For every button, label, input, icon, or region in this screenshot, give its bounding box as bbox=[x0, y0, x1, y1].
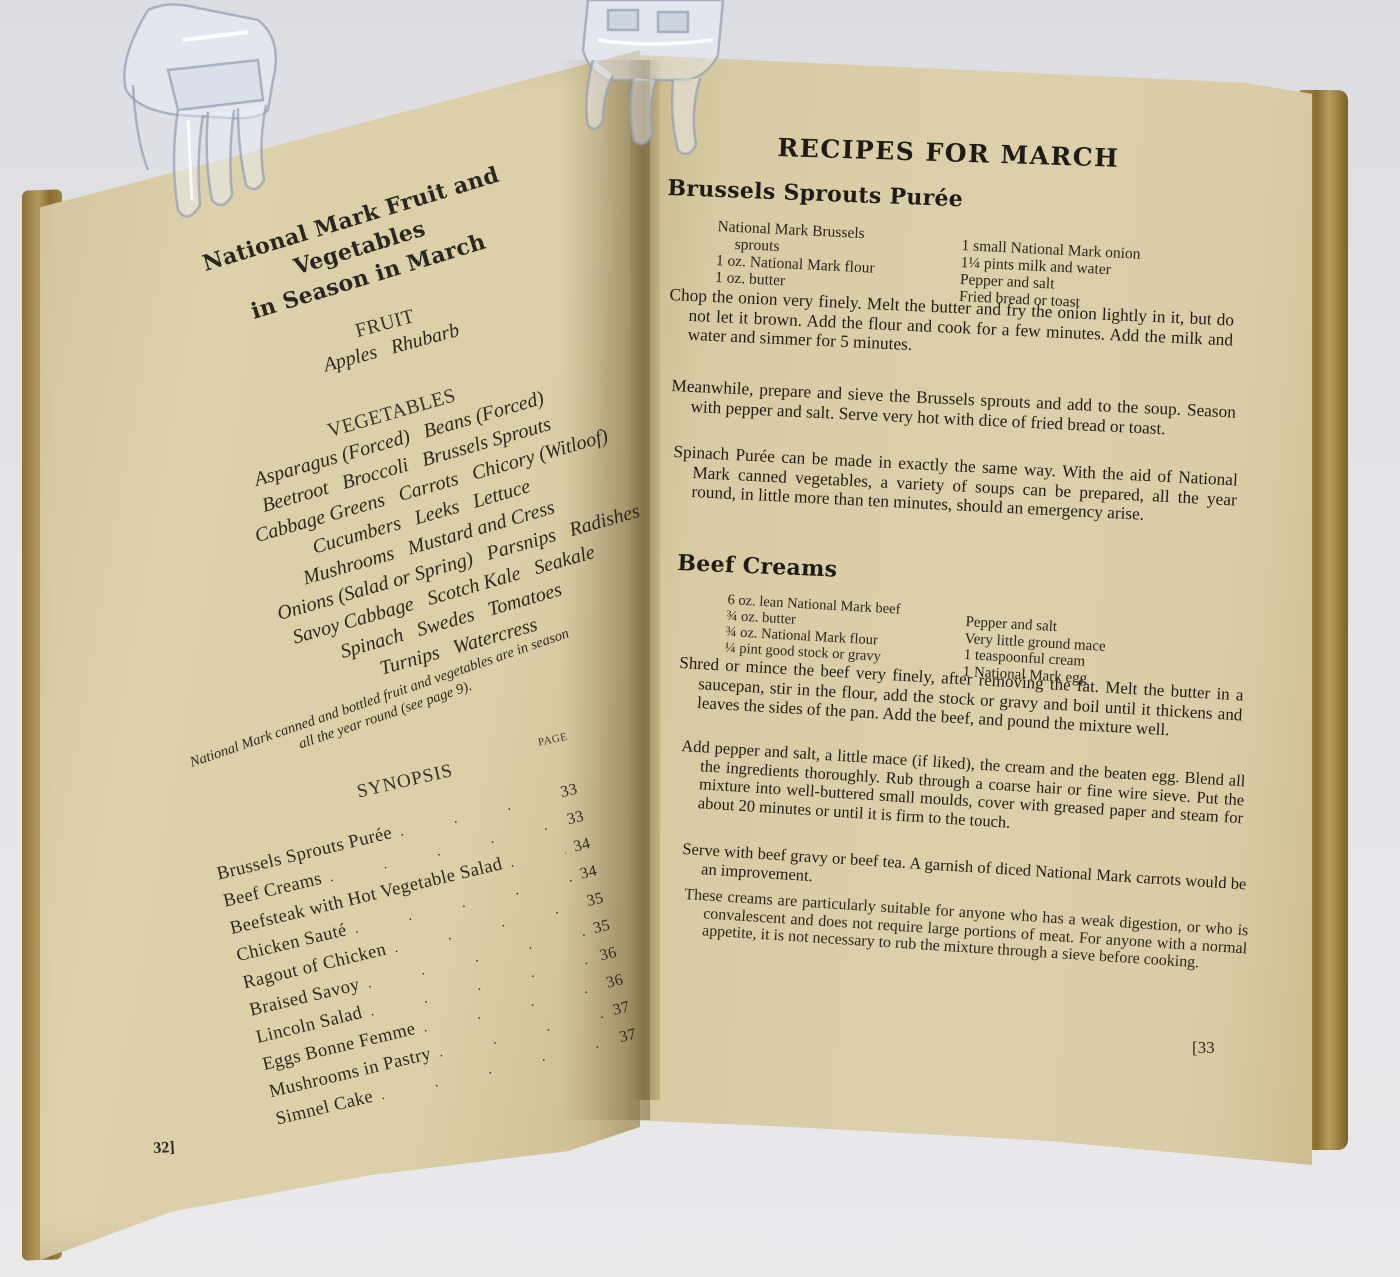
entry-page: 33 bbox=[556, 808, 585, 832]
entry-page: 37 bbox=[602, 998, 631, 1022]
entry-page: 34 bbox=[570, 862, 599, 886]
left-page-number: 32] bbox=[153, 1139, 175, 1158]
entry-page: 36 bbox=[596, 971, 625, 995]
entry-page: 36 bbox=[589, 944, 618, 968]
entry-page: 35 bbox=[576, 889, 605, 913]
entry-page: 37 bbox=[609, 1026, 638, 1050]
entry-page: 33 bbox=[550, 781, 579, 805]
right-page-number: [33 bbox=[1192, 1038, 1215, 1058]
entry-page: 35 bbox=[583, 917, 612, 941]
book-gutter bbox=[630, 60, 660, 1100]
entry-page: 34 bbox=[563, 835, 592, 859]
ingredients-left-column: 6 oz. lean National Mark beef ¾ oz. butt… bbox=[724, 592, 900, 666]
open-cookbook: National Mark Fruit and Vegetables in Se… bbox=[0, 0, 1400, 1277]
ingredients-left-column: National Mark Brussels sprouts 1 oz. Nat… bbox=[715, 218, 877, 294]
